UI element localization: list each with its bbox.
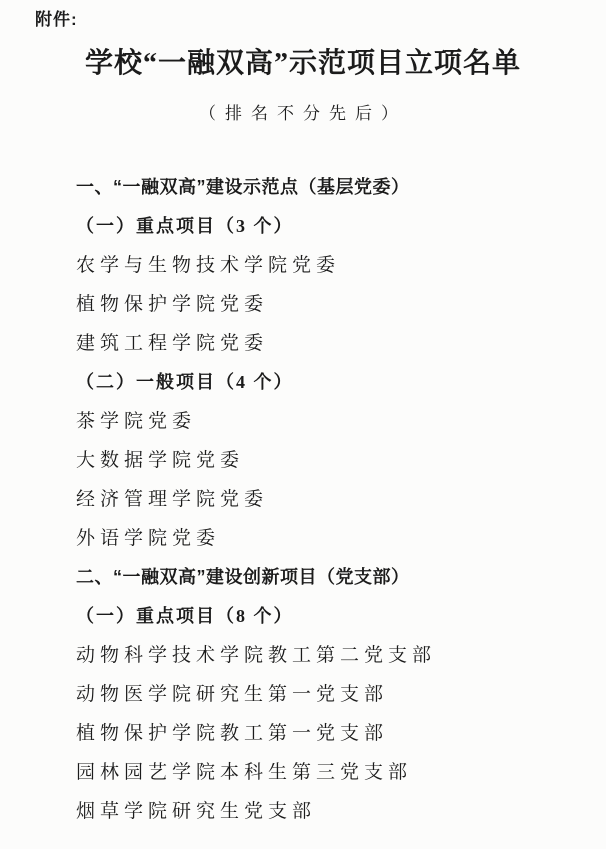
list-item: 农学与生物技术学院党委: [76, 244, 586, 283]
list-item: 大数据学院党委: [76, 439, 586, 478]
list-item: 动物科学技术学院教工第二党支部: [76, 634, 586, 673]
list-item: 植物保护学院教工第一党支部: [76, 712, 586, 751]
attachment-label: 附件:: [35, 5, 78, 30]
document-page: 附件: 学校“一融双高”示范项目立项名单 （排名不分先后） 一、“一融双高”建设…: [0, 0, 606, 849]
section-1-subsection-1-heading: （一）重点项目（3 个）: [76, 205, 586, 244]
list-item: 经济管理学院党委: [76, 478, 586, 517]
list-item: 动物医学院研究生第一党支部: [76, 673, 586, 712]
list-item: 茶学院党委: [76, 400, 586, 439]
list-item: 建筑工程学院党委: [76, 322, 586, 361]
document-body: 一、“一融双高”建设示范点（基层党委） （一）重点项目（3 个） 农学与生物技术…: [76, 166, 586, 829]
section-1-heading: 一、“一融双高”建设示范点（基层党委）: [76, 166, 586, 205]
section-1-subsection-2-heading: （二）一般项目（4 个）: [76, 361, 586, 400]
list-item: 外语学院党委: [76, 517, 586, 556]
section-2-subsection-1-heading: （一）重点项目（8 个）: [76, 595, 586, 634]
list-item: 园林园艺学院本科生第三党支部: [76, 751, 586, 790]
page-subtitle: （排名不分先后）: [0, 99, 606, 124]
section-2-heading: 二、“一融双高”建设创新项目（党支部）: [76, 556, 586, 595]
list-item: 烟草学院研究生党支部: [76, 790, 586, 829]
page-title: 学校“一融双高”示范项目立项名单: [0, 41, 606, 81]
list-item: 植物保护学院党委: [76, 283, 586, 322]
